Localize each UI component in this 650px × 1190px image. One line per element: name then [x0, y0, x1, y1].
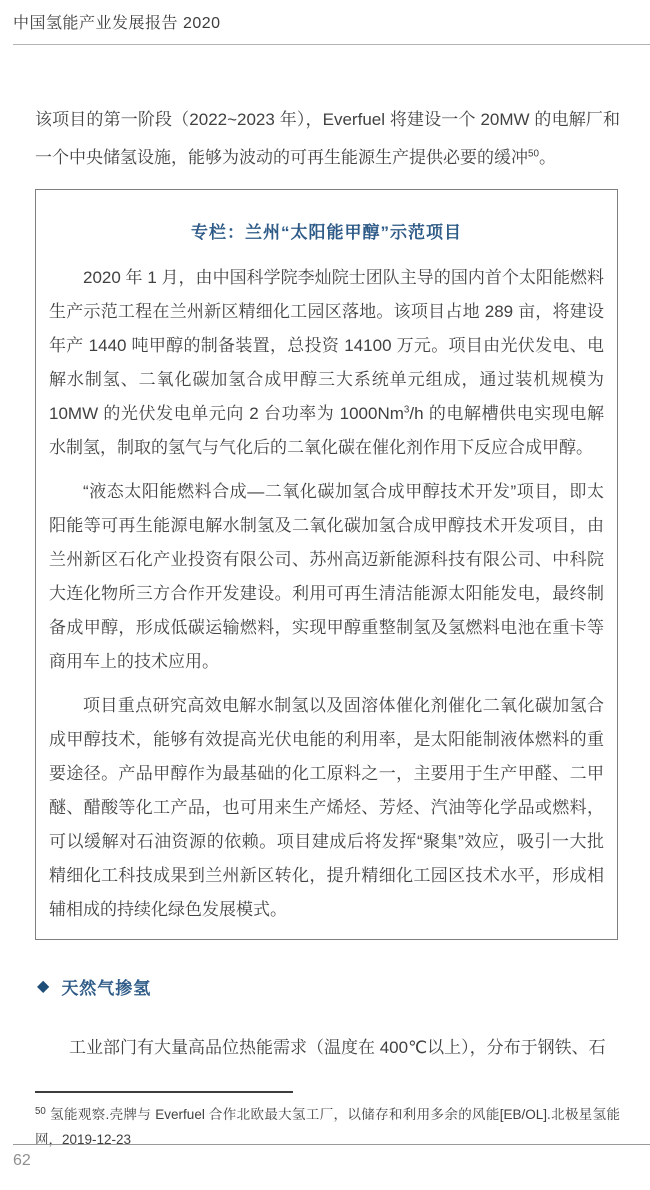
- section-paragraph: 工业部门有大量高品位热能需求（温度在 400℃以上），分布于钢铁、石: [35, 1029, 620, 1067]
- diamond-icon: ◆: [37, 979, 49, 995]
- intro-paragraph: 该项目的第一阶段（2022~2023 年），Everfuel 将建设一个 20M…: [35, 101, 620, 177]
- page-footer: 62: [0, 1144, 650, 1190]
- box-paragraph-3: 项目重点研究高效电解水制氢以及固溶体催化剂催化二氧化碳加氢合成甲醇技术，能够有效…: [49, 689, 604, 927]
- section-heading-label: 天然气掺氢: [61, 974, 151, 999]
- page-header: 中国氢能产业发展报告 2020: [0, 0, 650, 45]
- report-title: 中国氢能产业发展报告 2020: [13, 10, 650, 33]
- footnote-ref-marker: 50: [528, 148, 539, 159]
- column-box: 专栏：兰州“太阳能甲醇”示范项目 2020 年 1 月，由中国科学院李灿院士团队…: [35, 189, 618, 940]
- intro-text-end: 。: [539, 148, 556, 167]
- document-page: 中国氢能产业发展报告 2020 该项目的第一阶段（2022~2023 年），Ev…: [0, 0, 650, 1190]
- box-paragraph-1-text: 2020 年 1 月，由中国科学院李灿院士团队主导的国内首个太阳能燃料生产示范工…: [49, 268, 604, 423]
- footnote-content: 氢能观察.壳牌与 Everfuel 合作北欧最大氢工厂，以储存和利用多余的风能[…: [35, 1107, 620, 1147]
- column-box-title: 专栏：兰州“太阳能甲醇”示范项目: [49, 218, 604, 243]
- header-divider: [13, 44, 650, 45]
- footer-divider: [13, 1144, 650, 1145]
- footnote-area: 50氢能观察.壳牌与 Everfuel 合作北欧最大氢工厂，以储存和利用多余的风…: [35, 1091, 620, 1152]
- box-paragraph-2: “液态太阳能燃料合成—二氧化碳加氢合成甲醇技术开发”项目，即太阳能等可再生能源电…: [49, 475, 604, 679]
- footnote-divider: [35, 1091, 293, 1093]
- page-number: 62: [13, 1152, 31, 1170]
- box-paragraph-1: 2020 年 1 月，由中国科学院李灿院士团队主导的国内首个太阳能燃料生产示范工…: [49, 261, 604, 465]
- footnote-number: 50: [35, 1106, 46, 1117]
- section-heading: ◆ 天然气掺氢: [37, 974, 620, 999]
